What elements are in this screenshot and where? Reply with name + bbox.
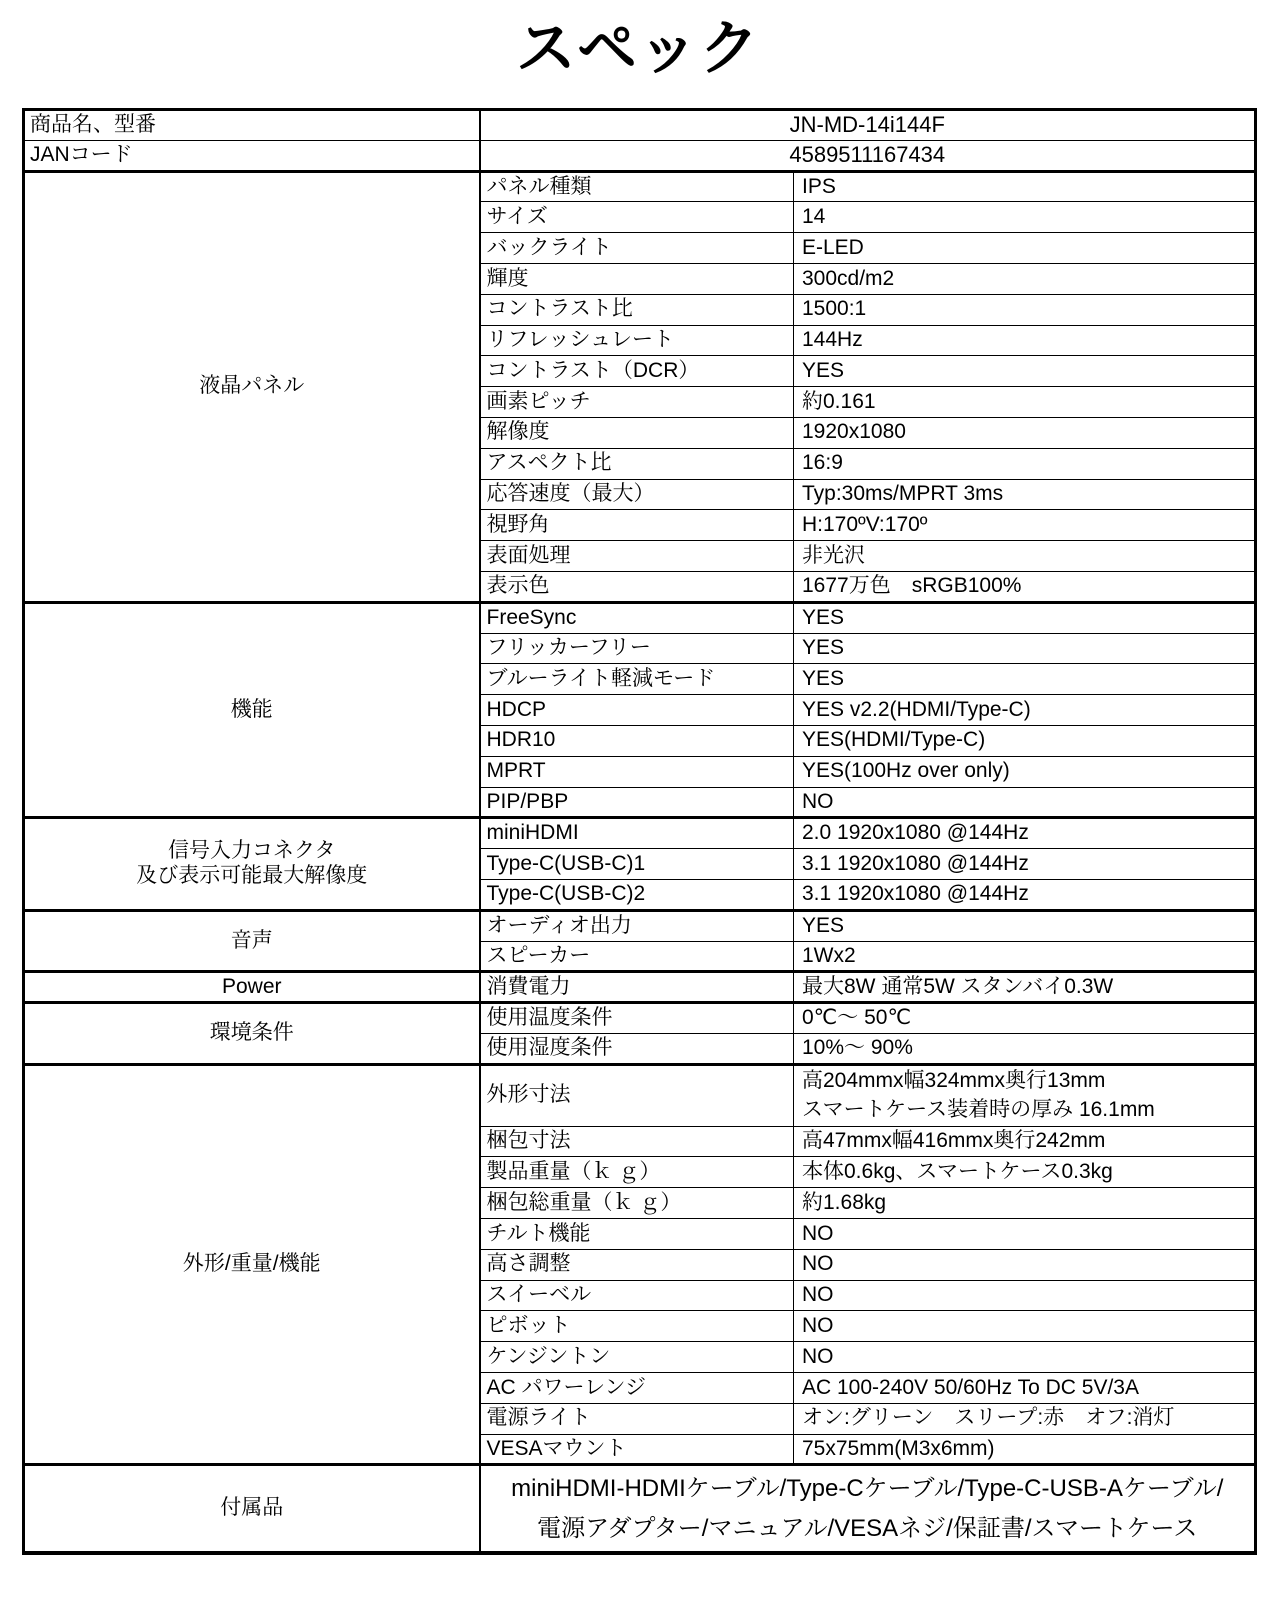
spec-label-cell: 使用温度条件 <box>480 1003 794 1034</box>
spec-label-cell: リフレッシュレート <box>480 325 794 356</box>
spec-label-cell: 視野角 <box>480 510 794 541</box>
spec-value-cell: NO <box>794 1311 1256 1342</box>
spec-label-cell: 梱包寸法 <box>480 1126 794 1157</box>
category-cell: 環境条件 <box>24 1003 480 1065</box>
spec-label-cell: ブルーライト軽減モード <box>480 664 794 695</box>
spec-label-cell: 応答速度（最大） <box>480 479 794 510</box>
spec-sheet-page: スペック 商品名、型番JN-MD-14i144FJANコード4589511167… <box>0 0 1276 1600</box>
accessories-row: 付属品miniHDMI-HDMIケーブル/Type-Cケーブル/Type-C-U… <box>24 1465 1256 1553</box>
spec-value-cell: 非光沢 <box>794 541 1256 572</box>
spec-label-cell: 表示色 <box>480 571 794 602</box>
spec-label-cell: 解像度 <box>480 417 794 448</box>
product-label-cell: JANコード <box>24 140 480 171</box>
spec-value-cell: 1920x1080 <box>794 417 1256 448</box>
spec-label-cell: 高さ調整 <box>480 1249 794 1280</box>
spec-table-body: 商品名、型番JN-MD-14i144FJANコード4589511167434液晶… <box>24 110 1256 1553</box>
category-cell: 液晶パネル <box>24 171 480 602</box>
spec-value-cell: Typ:30ms/MPRT 3ms <box>794 479 1256 510</box>
spec-label-cell: FreeSync <box>480 602 794 633</box>
spec-value-cell: YES <box>794 633 1256 664</box>
spec-value-cell: 3.1 1920x1080 @144Hz <box>794 849 1256 880</box>
spec-label-cell: Type-C(USB-C)1 <box>480 849 794 880</box>
spec-label-cell: パネル種類 <box>480 171 794 202</box>
spec-label-cell: アスペクト比 <box>480 448 794 479</box>
spec-label-cell: 外形寸法 <box>480 1064 794 1126</box>
spec-row: 音声オーディオ出力YES <box>24 910 1256 941</box>
spec-label-cell: オーディオ出力 <box>480 910 794 941</box>
spec-row: 環境条件使用温度条件0℃～ 50℃ <box>24 1003 1256 1034</box>
spec-value-cell: 1677万色 sRGB100% <box>794 571 1256 602</box>
spec-label-cell: PIP/PBP <box>480 787 794 818</box>
spec-value-cell: NO <box>794 1219 1256 1250</box>
spec-value-cell: H:170ºV:170º <box>794 510 1256 541</box>
category-cell: 外形/重量/機能 <box>24 1064 480 1465</box>
spec-value-cell: YES <box>794 356 1256 387</box>
spec-label-cell: ピボット <box>480 1311 794 1342</box>
spec-label-cell: チルト機能 <box>480 1219 794 1250</box>
category-cell: 信号入力コネクタ及び表示可能最大解像度 <box>24 818 480 910</box>
spec-value-cell: E-LED <box>794 233 1256 264</box>
spec-value-cell: IPS <box>794 171 1256 202</box>
spec-label-cell: VESAマウント <box>480 1434 794 1465</box>
spec-value-cell: 高47mmx幅416mmx奥行242mm <box>794 1126 1256 1157</box>
spec-value-cell: YES v2.2(HDMI/Type-C) <box>794 695 1256 726</box>
spec-row: 液晶パネルパネル種類IPS <box>24 171 1256 202</box>
spec-value-cell: YES(100Hz over only) <box>794 756 1256 787</box>
spec-value-cell: YES(HDMI/Type-C) <box>794 725 1256 756</box>
spec-label-cell: AC パワーレンジ <box>480 1373 794 1404</box>
spec-value-cell: AC 100-240V 50/60Hz To DC 5V/3A <box>794 1373 1256 1404</box>
accessories-value-cell-line: miniHDMI-HDMIケーブル/Type-Cケーブル/Type-C-USB-… <box>489 1469 1247 1509</box>
spec-label-cell: バックライト <box>480 233 794 264</box>
spec-label-cell: 使用湿度条件 <box>480 1033 794 1064</box>
spec-label-cell: スピーカー <box>480 941 794 972</box>
spec-row: 信号入力コネクタ及び表示可能最大解像度miniHDMI2.0 1920x1080… <box>24 818 1256 849</box>
spec-value-cell: 10%～ 90% <box>794 1033 1256 1064</box>
spec-label-cell: コントラスト比 <box>480 294 794 325</box>
spec-label-cell: miniHDMI <box>480 818 794 849</box>
spec-value-cell: 0℃～ 50℃ <box>794 1003 1256 1034</box>
category-cell: 音声 <box>24 910 480 972</box>
product-value-cell: 4589511167434 <box>480 140 1256 171</box>
spec-value-cell: 最大8W 通常5W スタンバイ0.3W <box>794 972 1256 1003</box>
spec-value-cell: 14 <box>794 202 1256 233</box>
spec-value-cell: NO <box>794 1280 1256 1311</box>
accessories-value-cell: miniHDMI-HDMIケーブル/Type-Cケーブル/Type-C-USB-… <box>480 1465 1256 1553</box>
spec-value-cell: 本体0.6kg、スマートケース0.3kg <box>794 1157 1256 1188</box>
spec-value-cell-line: 高204mmx幅324mmx奥行13mm <box>802 1067 1246 1096</box>
spec-value-cell: 300cd/m2 <box>794 263 1256 294</box>
spec-table: 商品名、型番JN-MD-14i144FJANコード4589511167434液晶… <box>22 108 1257 1555</box>
spec-value-cell: 3.1 1920x1080 @144Hz <box>794 879 1256 910</box>
product-label-cell: 商品名、型番 <box>24 110 480 141</box>
spec-label-cell: HDCP <box>480 695 794 726</box>
spec-value-cell: YES <box>794 664 1256 695</box>
spec-label-cell: ケンジントン <box>480 1342 794 1373</box>
spec-value-cell: 約0.161 <box>794 387 1256 418</box>
spec-label-cell: 画素ピッチ <box>480 387 794 418</box>
product-row: JANコード4589511167434 <box>24 140 1256 171</box>
spec-value-cell: NO <box>794 1342 1256 1373</box>
spec-label-cell: サイズ <box>480 202 794 233</box>
spec-value-cell: 144Hz <box>794 325 1256 356</box>
spec-label-cell: 輝度 <box>480 263 794 294</box>
spec-label-cell: 梱包総重量（ｋ ｇ） <box>480 1188 794 1219</box>
spec-value-cell: 75x75mm(M3x6mm) <box>794 1434 1256 1465</box>
spec-label-cell: フリッカーフリー <box>480 633 794 664</box>
spec-label-cell: HDR10 <box>480 725 794 756</box>
spec-value-cell: 高204mmx幅324mmx奥行13mmスマートケース装着時の厚み 16.1mm <box>794 1064 1256 1126</box>
spec-label-cell: コントラスト（DCR） <box>480 356 794 387</box>
spec-label-cell: 表面処理 <box>480 541 794 572</box>
accessories-value-cell-line: 電源アダプター/マニュアル/VESAネジ/保証書/スマートケース <box>489 1509 1247 1549</box>
spec-value-cell: 約1.68kg <box>794 1188 1256 1219</box>
spec-value-cell: NO <box>794 1249 1256 1280</box>
spec-label-cell: スイーベル <box>480 1280 794 1311</box>
spec-value-cell: YES <box>794 602 1256 633</box>
page-title: スペック <box>0 0 1276 108</box>
spec-value-cell: 16:9 <box>794 448 1256 479</box>
spec-value-cell: YES <box>794 910 1256 941</box>
spec-label-cell: 製品重量（ｋ ｇ） <box>480 1157 794 1188</box>
spec-value-cell: オン:グリーン スリープ:赤 オフ:消灯 <box>794 1403 1256 1434</box>
category-cell-line: 信号入力コネクタ <box>33 839 471 864</box>
product-row: 商品名、型番JN-MD-14i144F <box>24 110 1256 141</box>
spec-value-cell: 1500:1 <box>794 294 1256 325</box>
spec-value-cell: NO <box>794 787 1256 818</box>
spec-row: 機能FreeSyncYES <box>24 602 1256 633</box>
spec-row: 外形/重量/機能外形寸法高204mmx幅324mmx奥行13mmスマートケース装… <box>24 1064 1256 1126</box>
category-cell: 機能 <box>24 602 480 818</box>
spec-label-cell: MPRT <box>480 756 794 787</box>
product-value-cell: JN-MD-14i144F <box>480 110 1256 141</box>
category-cell-line: 及び表示可能最大解像度 <box>33 864 471 889</box>
accessories-label-cell: 付属品 <box>24 1465 480 1553</box>
spec-label-cell: Type-C(USB-C)2 <box>480 879 794 910</box>
spec-value-cell: 1Wx2 <box>794 941 1256 972</box>
spec-label-cell: 消費電力 <box>480 972 794 1003</box>
spec-row: Power消費電力最大8W 通常5W スタンバイ0.3W <box>24 972 1256 1003</box>
spec-label-cell: 電源ライト <box>480 1403 794 1434</box>
spec-value-cell-line: スマートケース装着時の厚み 16.1mm <box>802 1096 1246 1125</box>
category-cell: Power <box>24 972 480 1003</box>
spec-value-cell: 2.0 1920x1080 @144Hz <box>794 818 1256 849</box>
